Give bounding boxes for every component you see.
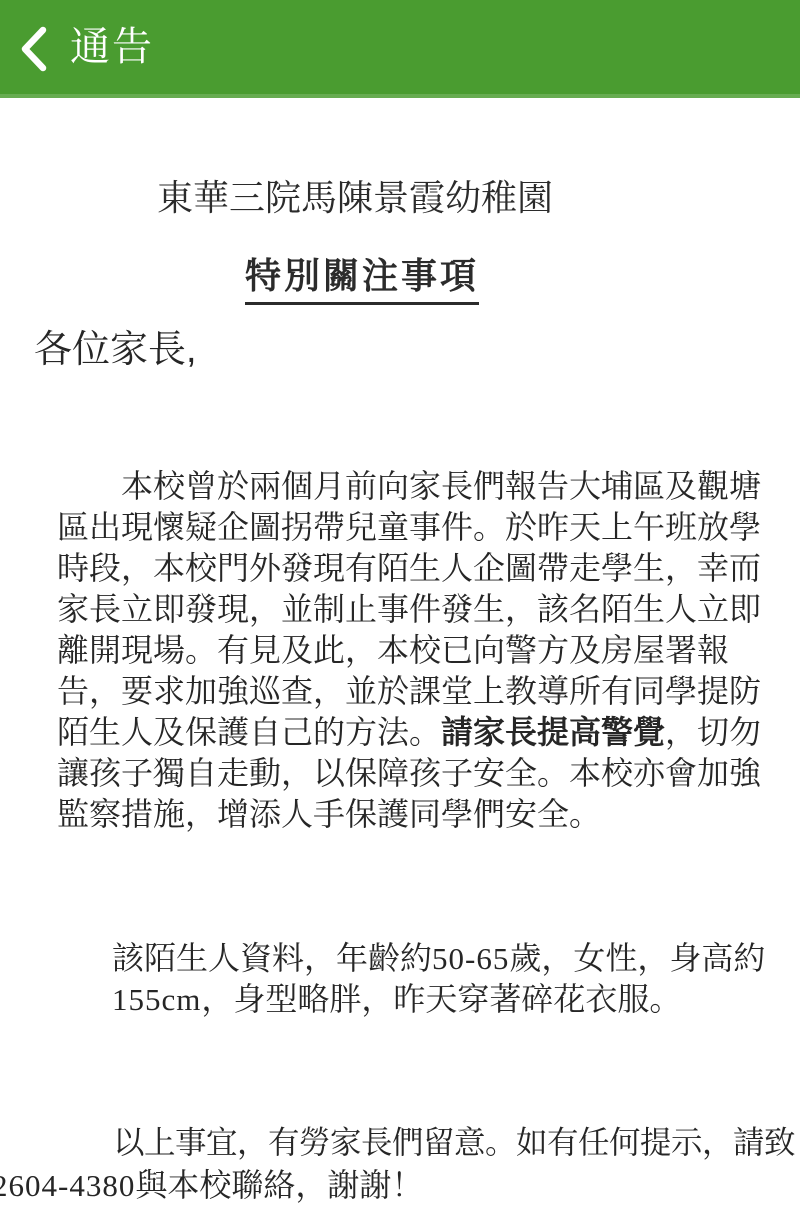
phone-number: 2604-4380	[0, 1168, 135, 1203]
text-segment: 該陌生人資料，年齡約	[112, 940, 432, 976]
age-range-value: 50-65	[432, 941, 509, 976]
text-line: 監察措施，增添人手保護同學們安全。	[57, 794, 761, 835]
text-line: 讓孩子獨自走動，以保障孩子安全。本校亦會加強	[57, 753, 761, 794]
text-segment: 歲，女性，身高約	[509, 940, 765, 976]
notice-document: 東華三院馬陳景霞幼稚園 特別關注事項 各位家長, 本校曾於兩個月前向家長們報告大…	[0, 98, 800, 1231]
paragraph-closing-line1: 以上事宜，有勞家長們留意。如有任何提示，請致	[113, 1118, 795, 1163]
paragraph-incident: 本校曾於兩個月前向家長們報告大埔區及觀塘 區出現懷疑企圖拐帶兒童事件。於昨天上午…	[57, 466, 761, 835]
text-segment: 陌生人及保護自己的方法。	[57, 714, 441, 750]
paragraph-closing-line2: 2604-4380與本校聯絡，謝謝！	[0, 1160, 423, 1206]
text-line: 陌生人及保護自己的方法。請家長提高警覺，切勿	[57, 712, 761, 753]
chevron-left-icon	[18, 25, 48, 73]
back-button[interactable]	[18, 19, 58, 79]
salutation: 各位家長,	[34, 318, 197, 373]
text-line: 家長立即發現，並制止事件發生，該名陌生人立即	[57, 589, 761, 630]
notice-screen: 通告 東華三院馬陳景霞幼稚園 特別關注事項 各位家長, 本校曾於兩個月前向家長們…	[0, 0, 800, 1231]
text-segment: ，身型略胖，昨天穿著碎花衣服。	[201, 981, 681, 1017]
text-line: 本校曾於兩個月前向家長們報告大埔區及觀塘	[57, 466, 761, 507]
text-line: 區出現懷疑企圖拐帶兒童事件。於昨天上午班放學	[57, 507, 761, 548]
text-line: 155cm，身型略胖，昨天穿著碎花衣服。	[112, 979, 765, 1020]
text-segment: ，切勿	[665, 714, 761, 750]
paragraph-stranger-description: 該陌生人資料，年齡約50-65歲，女性，身高約 155cm，身型略胖，昨天穿著碎…	[112, 938, 765, 1020]
height-value: 155cm	[112, 982, 201, 1017]
text-line: 該陌生人資料，年齡約50-65歲，女性，身高約	[112, 938, 765, 979]
text-line: 時段，本校門外發現有陌生人企圖帶走學生，幸而	[57, 548, 761, 589]
page-title: 通告	[70, 27, 154, 71]
school-name: 東華三院馬陳景霞幼稚園	[157, 170, 553, 221]
text-segment: 與本校聯絡，謝謝！	[135, 1167, 423, 1203]
text-line: 離開現場。有見及此，本校已向警方及房屋署報	[57, 630, 761, 671]
notice-subject: 特別關注事項	[245, 248, 479, 305]
emphasized-warning-text: 請家長提高警覺	[441, 714, 665, 750]
text-line: 告，要求加強巡查，並於課堂上教導所有同學提防	[57, 671, 761, 712]
app-header: 通告	[0, 0, 800, 98]
